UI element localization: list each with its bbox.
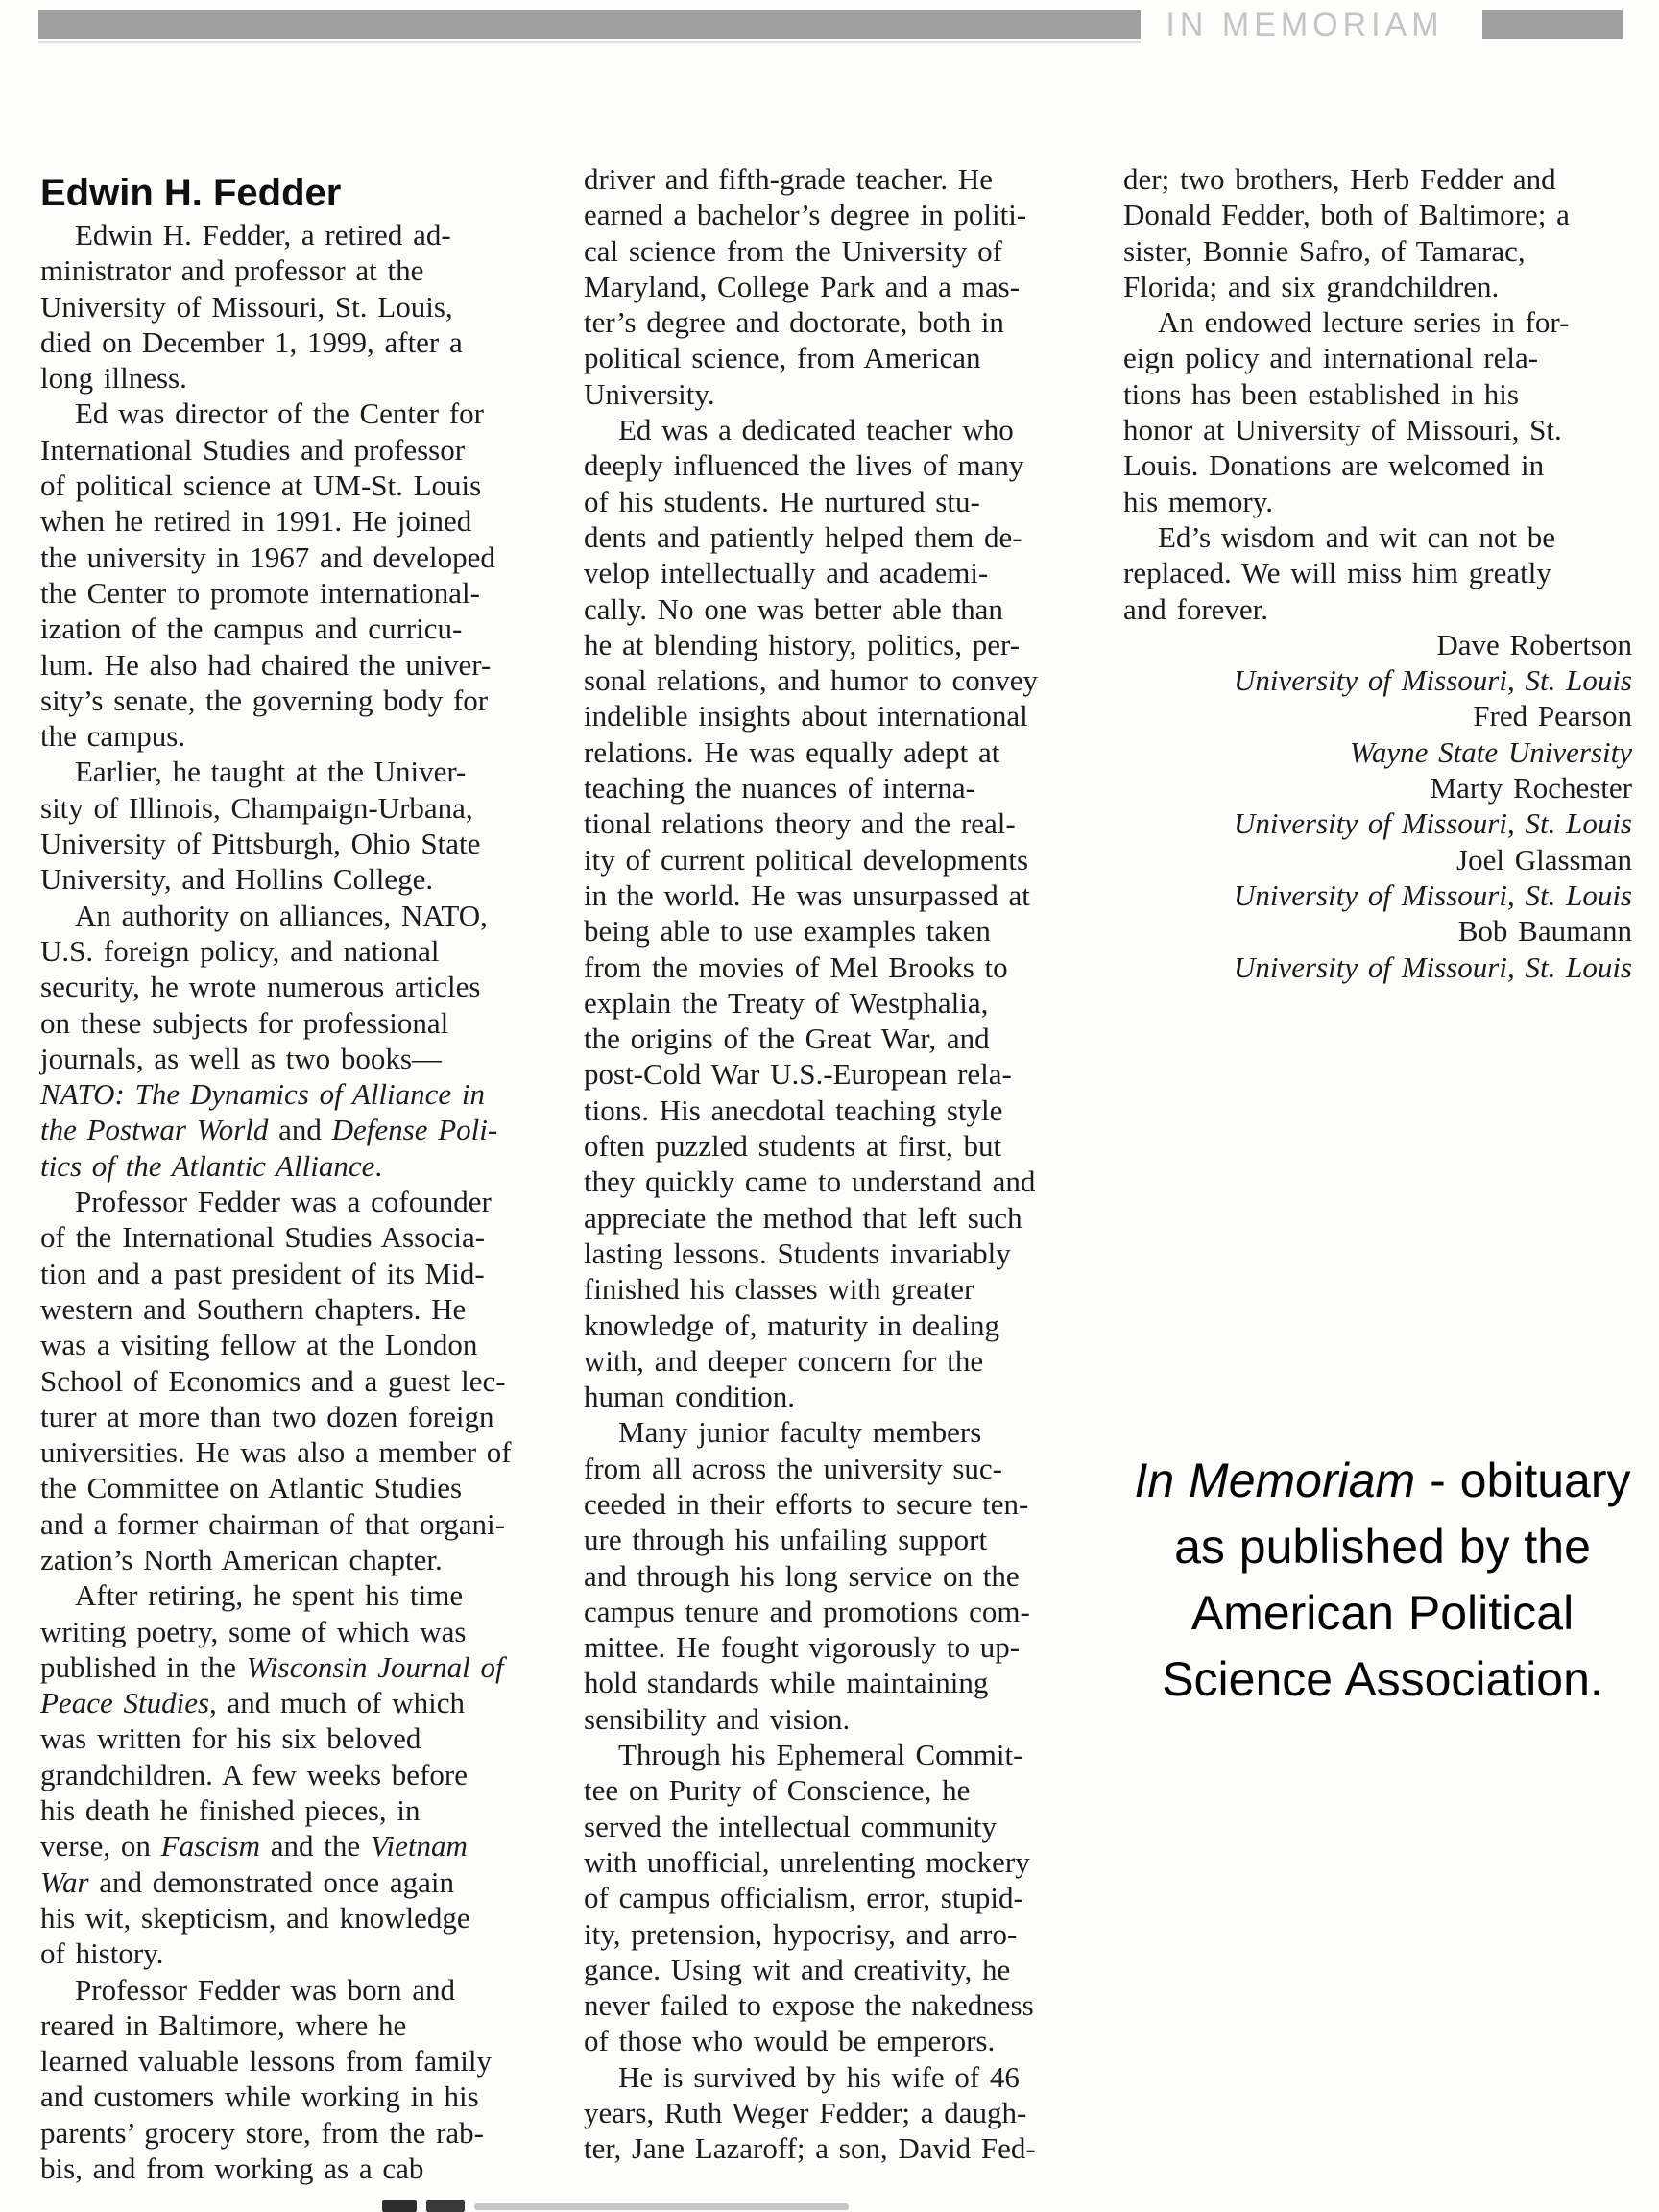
text-line: and through his long service on the — [584, 1558, 1102, 1594]
text-line: as published by the — [1118, 1514, 1647, 1580]
text-line: learned valuable lessons from family — [40, 2043, 559, 2079]
text-line: never failed to expose the nakedness — [584, 1987, 1102, 2023]
text-line: Through his Ephemeral Commit- — [584, 1737, 1102, 1772]
header-rule-bar-right — [1482, 10, 1623, 39]
text-line: Many junior faculty members — [584, 1414, 1102, 1450]
text-line: and forever. — [1123, 591, 1632, 627]
text-line: ization of the campus and curricu- — [40, 611, 559, 646]
text-line: the Postwar World and Defense Poli- — [40, 1112, 559, 1147]
text-line: the campus. — [40, 718, 559, 754]
text-line: ter’s degree and doctorate, both in — [584, 304, 1102, 340]
text-line: of his students. He nurtured stu- — [584, 484, 1102, 519]
text-line: Earlier, he taught at the Univer- — [40, 754, 559, 789]
text-line: security, he wrote numerous articles — [40, 969, 559, 1004]
text-line: the university in 1967 and developed — [40, 540, 559, 575]
text-line: Professor Fedder was a cofounder — [40, 1184, 559, 1219]
text-line: indelible insights about international — [584, 698, 1102, 733]
text-line: gance. Using wit and creativity, he — [584, 1952, 1102, 1987]
text-line: University of Pittsburgh, Ohio State — [40, 826, 559, 861]
text-line: zation’s North American chapter. — [40, 1542, 559, 1577]
text-line: An endowed lecture series in for- — [1123, 304, 1632, 340]
text-line: on these subjects for professional — [40, 1005, 559, 1041]
text-line: Florida; and six grandchildren. — [1123, 269, 1632, 304]
text-line: Fred Pearson — [1123, 698, 1632, 733]
cropped-footer — [0, 2199, 1659, 2212]
text-line: writing poetry, some of which was — [40, 1614, 559, 1649]
text-line: with, and deeper concern for the — [584, 1343, 1102, 1379]
text-line: Maryland, College Park and a mas- — [584, 269, 1102, 304]
text-line: ity, pretension, hypocrisy, and arro- — [584, 1916, 1102, 1952]
text-line: ter, Jane Lazaroff; a son, David Fed- — [584, 2130, 1102, 2166]
text-line: of political science at UM-St. Louis — [40, 468, 559, 503]
text-line: driver and fifth-grade teacher. He — [584, 161, 1102, 197]
text-line: he at blending history, politics, per- — [584, 627, 1102, 662]
text-line: Wayne State University — [1123, 734, 1632, 770]
section-title-in-memoriam: IN MEMORIAM — [1156, 9, 1454, 41]
text-line: After retiring, he spent his time — [40, 1577, 559, 1613]
text-line: earned a bachelor’s degree in politi- — [584, 197, 1102, 232]
text-line: ceeded in their efforts to secure ten- — [584, 1486, 1102, 1522]
text-line: of the International Studies Associa- — [40, 1219, 559, 1255]
text-column-1: Edwin H. Fedder, a retired ad-ministrato… — [40, 217, 559, 2186]
text-line: universities. He was also a member of — [40, 1434, 559, 1470]
text-line: sity of Illinois, Champaign-Urbana, — [40, 790, 559, 826]
text-line: honor at University of Missouri, St. — [1123, 412, 1632, 447]
text-line: relations. He was equally adept at — [584, 734, 1102, 770]
text-line: University of Missouri, St. Louis — [1123, 950, 1632, 985]
text-line: tions. His anecdotal teaching style — [584, 1093, 1102, 1128]
text-line: grandchildren. A few weeks before — [40, 1757, 559, 1792]
text-line: western and Southern chapters. He — [40, 1291, 559, 1327]
cropped-footer-glyphs — [382, 2200, 417, 2212]
text-line: from all across the university suc- — [584, 1451, 1102, 1486]
text-line: his wit, skepticism, and knowledge — [40, 1900, 559, 1935]
article-title: Edwin H. Fedder — [40, 170, 341, 216]
text-line: appreciate the method that left such — [584, 1200, 1102, 1236]
text-line: the Committee on Atlantic Studies — [40, 1470, 559, 1505]
text-line: with unofficial, unrelenting mockery — [584, 1844, 1102, 1880]
text-line: He is survived by his wife of 46 — [584, 2059, 1102, 2095]
text-line: Professor Fedder was born and — [40, 1972, 559, 2008]
text-line: was a visiting fellow at the London — [40, 1327, 559, 1362]
text-line: teaching the nuances of interna- — [584, 770, 1102, 805]
text-line: of those who would be emperors. — [584, 2023, 1102, 2058]
text-line: the Center to promote international- — [40, 575, 559, 611]
text-line: sonal relations, and humor to convey — [584, 662, 1102, 698]
scanned-obituary-page: IN MEMORIAM Edwin H. Fedder Edwin H. Fed… — [0, 0, 1659, 2212]
text-line: reared in Baltimore, where he — [40, 2008, 559, 2043]
text-line: and customers while working in his — [40, 2079, 559, 2114]
text-line: sensibility and vision. — [584, 1701, 1102, 1737]
text-line: of history. — [40, 1935, 559, 1971]
text-line: velop intellectually and academi- — [584, 555, 1102, 590]
text-line: turer at more than two dozen foreign — [40, 1399, 559, 1434]
header-rule-shadow — [38, 41, 1141, 43]
header-rule-bar — [38, 10, 1141, 39]
text-line: Joel Glassman — [1123, 842, 1632, 878]
text-line: University of Missouri, St. Louis, — [40, 289, 559, 325]
text-line: years, Ruth Weger Fedder; a daugh- — [584, 2095, 1102, 2130]
text-line: War and demonstrated once again — [40, 1864, 559, 1900]
text-line: knowledge of, maturity in dealing — [584, 1308, 1102, 1343]
text-line: tional relations theory and the real- — [584, 805, 1102, 841]
text-line: University, and Hollins College. — [40, 861, 559, 897]
text-line: served the intellectual community — [584, 1809, 1102, 1844]
text-line: Dave Robertson — [1123, 627, 1632, 662]
text-line: sister, Bonnie Safro, of Tamarac, — [1123, 233, 1632, 269]
figure-caption: In Memoriam - obituaryas published by th… — [1118, 1448, 1647, 1713]
text-line: Donald Fedder, both of Baltimore; a — [1123, 197, 1632, 232]
text-line: U.S. foreign policy, and national — [40, 933, 559, 969]
text-line: Edwin H. Fedder, a retired ad- — [40, 217, 559, 252]
text-line: long illness. — [40, 360, 559, 396]
text-line: human condition. — [584, 1379, 1102, 1414]
text-line: Science Association. — [1118, 1647, 1647, 1713]
text-line: ministrator and professor at the — [40, 252, 559, 288]
text-line: and a former chairman of that organi- — [40, 1506, 559, 1542]
text-line: from the movies of Mel Brooks to — [584, 950, 1102, 985]
text-line: political science, from American — [584, 340, 1102, 375]
text-line: replaced. We will miss him greatly — [1123, 555, 1632, 590]
text-line: tions has been established in his — [1123, 376, 1632, 412]
text-line: parents’ grocery store, from the rab- — [40, 2115, 559, 2151]
text-line: International Studies and professor — [40, 432, 559, 468]
text-line: University of Missouri, St. Louis — [1123, 662, 1632, 698]
text-line: dents and patiently helped them de- — [584, 519, 1102, 555]
text-line: post-Cold War U.S.-European rela- — [584, 1056, 1102, 1092]
text-line: Ed’s wisdom and wit can not be — [1123, 519, 1632, 555]
text-line: verse, on Fascism and the Vietnam — [40, 1828, 559, 1863]
text-line: Ed was director of the Center for — [40, 396, 559, 431]
text-line: lum. He also had chaired the univer- — [40, 647, 559, 683]
text-line: cal science from the University of — [584, 233, 1102, 269]
text-line: tion and a past president of its Mid- — [40, 1256, 559, 1291]
text-line: ure through his unfailing support — [584, 1522, 1102, 1557]
text-line: Marty Rochester — [1123, 770, 1632, 805]
text-line: der; two brothers, Herb Fedder and — [1123, 161, 1632, 197]
text-line: In Memoriam - obituary — [1118, 1448, 1647, 1514]
text-line: when he retired in 1991. He joined — [40, 503, 559, 539]
text-line: Peace Studies, and much of which — [40, 1685, 559, 1720]
text-line: tee on Purity of Conscience, he — [584, 1772, 1102, 1808]
cropped-footer-glyphs — [426, 2200, 465, 2212]
text-line: University. — [584, 376, 1102, 412]
text-line: Bob Baumann — [1123, 913, 1632, 949]
text-line: eign policy and international rela- — [1123, 340, 1632, 375]
text-line: finished his classes with greater — [584, 1271, 1102, 1307]
text-line: campus tenure and promotions com- — [584, 1594, 1102, 1629]
text-line: explain the Treaty of Westphalia, — [584, 985, 1102, 1021]
text-line: of campus officialism, error, stupid- — [584, 1880, 1102, 1915]
text-line: University of Missouri, St. Louis — [1123, 805, 1632, 841]
text-line: often puzzled students at first, but — [584, 1128, 1102, 1164]
text-line: An authority on alliances, NATO, — [40, 898, 559, 933]
text-line: University of Missouri, St. Louis — [1123, 878, 1632, 913]
text-column-3: der; two brothers, Herb Fedder andDonald… — [1123, 161, 1632, 985]
text-line: journals, as well as two books— — [40, 1041, 559, 1076]
text-line: Louis. Donations are welcomed in — [1123, 447, 1632, 483]
text-line: in the world. He was unsurpassed at — [584, 878, 1102, 913]
text-line: cally. No one was better able than — [584, 591, 1102, 627]
text-line: being able to use examples taken — [584, 913, 1102, 949]
text-line: was written for his six beloved — [40, 1720, 559, 1756]
text-line: ity of current political developments — [584, 842, 1102, 878]
text-line: his death he finished pieces, in — [40, 1792, 559, 1828]
text-line: Ed was a dedicated teacher who — [584, 412, 1102, 447]
text-line: sity’s senate, the governing body for — [40, 683, 559, 718]
text-line: School of Economics and a guest lec- — [40, 1363, 559, 1399]
text-line: hold standards while maintaining — [584, 1665, 1102, 1700]
text-line: tics of the Atlantic Alliance. — [40, 1148, 559, 1184]
text-line: published in the Wisconsin Journal of — [40, 1649, 559, 1685]
text-line: died on December 1, 1999, after a — [40, 325, 559, 360]
cropped-footer-smudge — [474, 2203, 849, 2210]
text-line: mittee. He fought vigorously to up- — [584, 1629, 1102, 1665]
text-line: the origins of the Great War, and — [584, 1021, 1102, 1056]
text-line: deeply influenced the lives of many — [584, 447, 1102, 483]
text-line: NATO: The Dynamics of Alliance in — [40, 1076, 559, 1112]
text-line: American Political — [1118, 1580, 1647, 1647]
text-line: bis, and from working as a cab — [40, 2151, 559, 2186]
text-line: lasting lessons. Students invariably — [584, 1236, 1102, 1271]
text-line: his memory. — [1123, 484, 1632, 519]
text-line: they quickly came to understand and — [584, 1164, 1102, 1199]
text-column-2: driver and fifth-grade teacher. Heearned… — [584, 161, 1102, 2167]
